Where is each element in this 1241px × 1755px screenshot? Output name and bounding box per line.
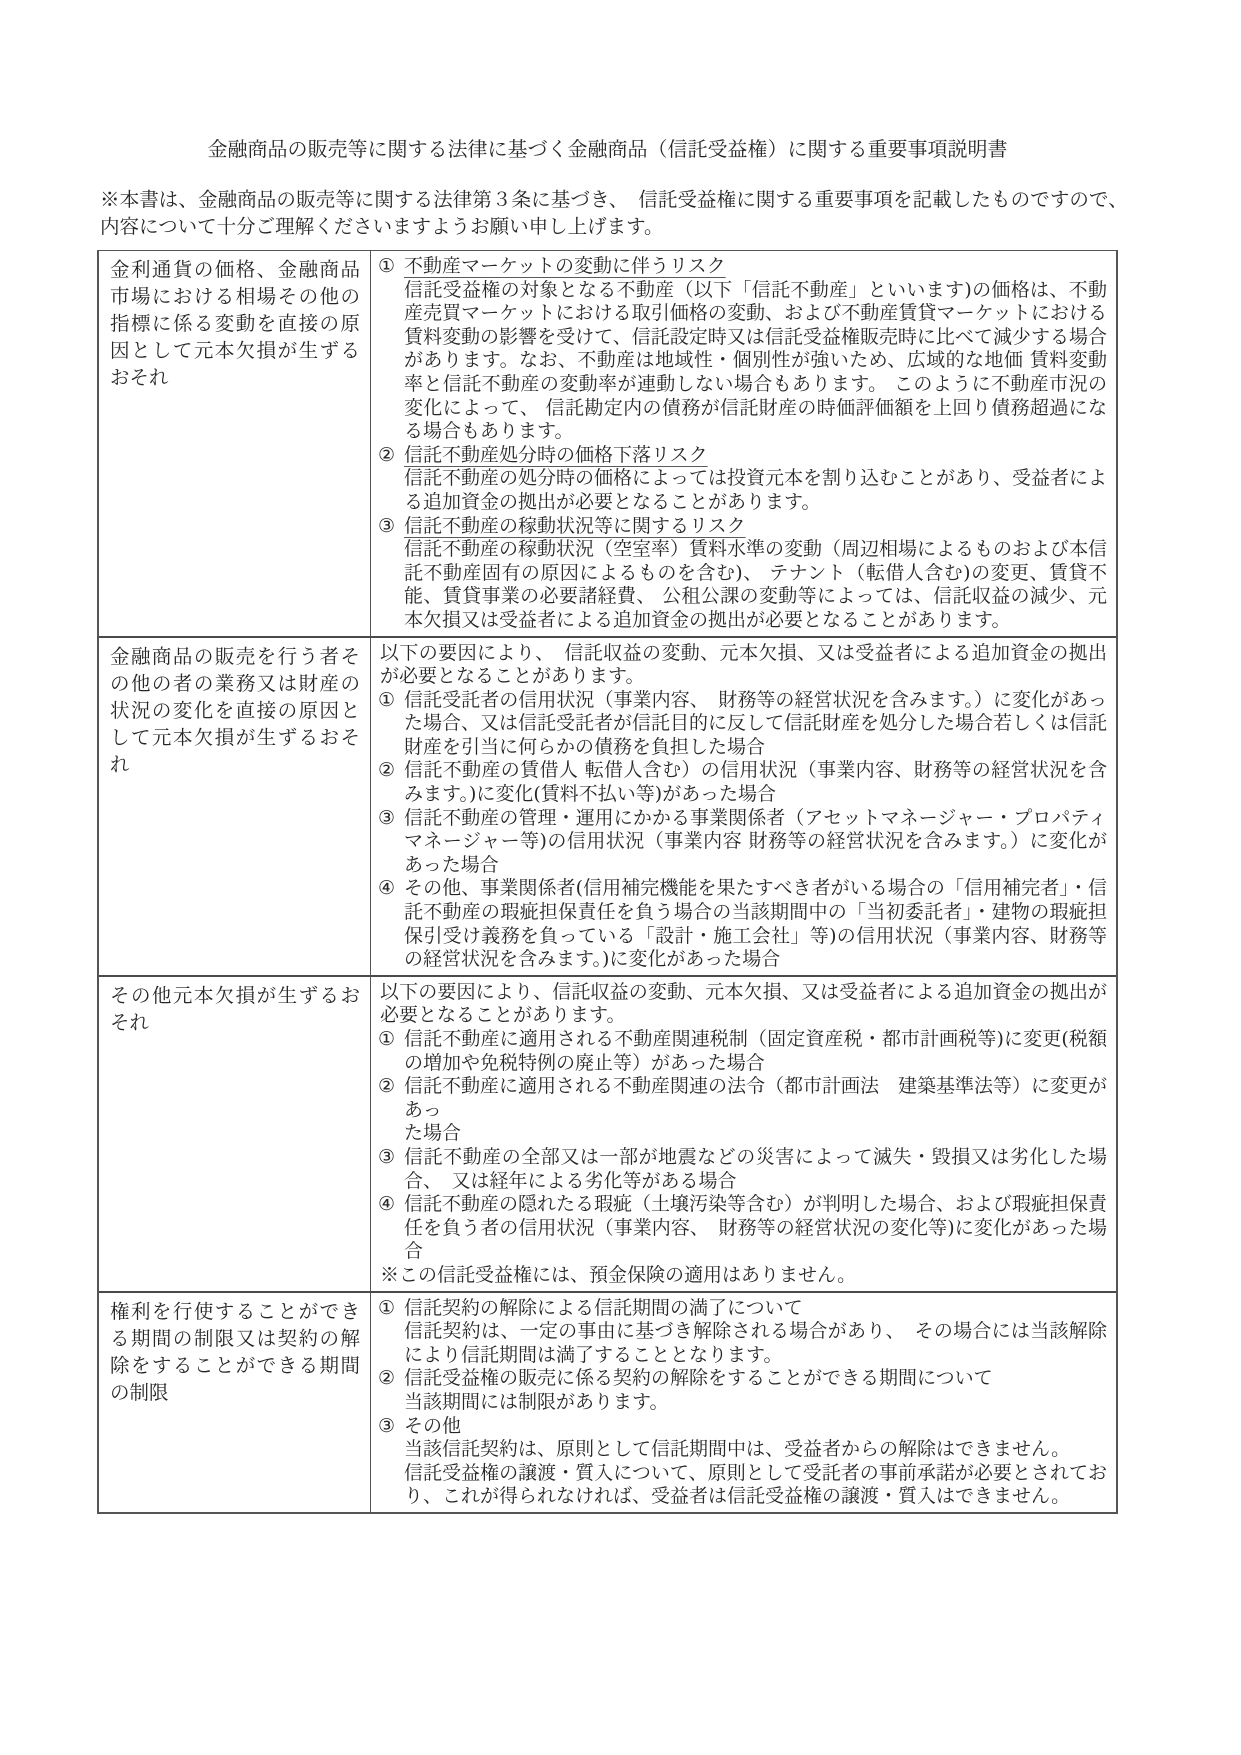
list-item: ③ 信託不動産の稼動状況等に関するリスク 信託不動産の稼動状況（空室率）賃料水準…	[374, 515, 1107, 633]
item-number: ②	[374, 1367, 399, 1414]
item-title: 不動産マーケットの変動に伴うリスク	[404, 255, 1107, 279]
row-content-cell: 以下の要因により、信託収益の変動、元本欠損、又は受益者による追加資金の拠出が必要…	[371, 977, 1116, 1291]
item-content: 信託不動産処分時の価格下落リスク 信託不動産の処分時の価格によっては投資元本を割…	[404, 444, 1107, 515]
item-body: 信託受益権の対象となる不動産（以下「信託不動産」といいます)の価格は、不動産売買…	[404, 279, 1107, 444]
item-number: ③	[374, 807, 399, 878]
item-title: 信託受益権の販売に係る契約の解除をすることができる期間について	[404, 1367, 1107, 1391]
item-body: 信託不動産の稼動状況（空室率）賃料水準の変動（周辺相場によるものおよび本信託不動…	[404, 538, 1107, 632]
item-number: ③	[374, 515, 399, 633]
item-body: 信託不動産の全部又は一部が地震などの災害によって滅失・毀損又は劣化した場合、 又…	[404, 1146, 1107, 1193]
list-item: ④ 信託不動産の隠れたる瑕疵（土壌汚染等含む）が判明した場合、および瑕疵担保責任…	[374, 1193, 1107, 1264]
item-title: その他	[404, 1415, 1107, 1439]
list-item: ② 信託受益権の販売に係る契約の解除をすることができる期間について 当該期間には…	[374, 1367, 1107, 1414]
item-body: 信託契約は、一定の事由に基づき解除される場合があり、 その場合には当該解除により…	[404, 1320, 1107, 1367]
item-title: 信託不動産の稼動状況等に関するリスク	[404, 515, 1107, 539]
risk-table: 金利通貨の価格、金融商品市場における相場その他の指標に係る変動を直接の原因として…	[97, 250, 1118, 1514]
item-number: ①	[374, 1297, 399, 1368]
list-item: ① 信託契約の解除による信託期間の満了について 信託契約は、一定の事由に基づき解…	[374, 1297, 1107, 1368]
item-body: 信託受託者の信用状況（事業内容、 財務等の経営状況を含みます。）に変化があった場…	[404, 689, 1107, 760]
list-item: ③ 信託不動産の全部又は一部が地震などの災害によって滅失・毀損又は劣化した場合、…	[374, 1146, 1107, 1193]
item-body: 当該期間には制限があります。	[404, 1391, 1107, 1415]
item-content: 不動産マーケットの変動に伴うリスク 信託受益権の対象となる不動産（以下「信託不動…	[404, 255, 1107, 444]
item-number: ④	[374, 877, 399, 971]
item-number: ④	[374, 1193, 399, 1264]
item-title: 信託不動産処分時の価格下落リスク	[404, 444, 1107, 468]
item-number: ①	[374, 255, 399, 444]
list-item: ③ 信託不動産の管理・運用にかかる事業関係者（アセットマネージャー・プロパティマ…	[374, 807, 1107, 878]
item-number: ③	[374, 1146, 399, 1193]
table-row: 金融商品の販売を行う者その他の者の業務又は財産の状況の変化を直接の原因として元本…	[99, 636, 1116, 975]
row-content-cell: ① 信託契約の解除による信託期間の満了について 信託契約は、一定の事由に基づき解…	[371, 1293, 1116, 1512]
list-item: ① 信託不動産に適用される不動産関連税制（固定資産税・都市計画税等)に変更(税額…	[374, 1028, 1107, 1075]
item-number: ①	[374, 1028, 399, 1075]
table-row: その他元本欠損が生ずるおそれ 以下の要因により、信託収益の変動、元本欠損、又は受…	[99, 975, 1116, 1291]
item-number: ②	[374, 1075, 399, 1146]
table-row: 権利を行使することができる期間の制限又は契約の解除をすることができる期間の制限 …	[99, 1291, 1116, 1512]
item-body: 当該信託契約は、原則として信託期間中は、受益者からの解除はできません。 信託受益…	[404, 1438, 1107, 1509]
table-row: 金利通貨の価格、金融商品市場における相場その他の指標に係る変動を直接の原因として…	[99, 251, 1116, 636]
row-header-cell: 権利を行使することができる期間の制限又は契約の解除をすることができる期間の制限	[99, 1293, 371, 1512]
item-number: ②	[374, 444, 399, 515]
item-body: 信託不動産の処分時の価格によっては投資元本を割り込むことがあり、受益者による追加…	[404, 467, 1107, 514]
row-content-cell: ① 不動産マーケットの変動に伴うリスク 信託受益権の対象となる不動産（以下「信託…	[371, 251, 1116, 636]
list-item: ④ その他、事業関係者(信用補完機能を果たすべき者がいる場合の「信用補完者」・信…	[374, 877, 1107, 971]
item-content: その他 当該信託契約は、原則として信託期間中は、受益者からの解除はできません。 …	[404, 1415, 1107, 1509]
item-number: ③	[374, 1415, 399, 1509]
item-body: 信託不動産に適用される不動産関連の法令（都市計画法 建築基準法等）に変更があっ …	[404, 1075, 1107, 1146]
item-content: 信託受益権の販売に係る契約の解除をすることができる期間について 当該期間には制限…	[404, 1367, 1107, 1414]
list-item: ① 信託受託者の信用状況（事業内容、 財務等の経営状況を含みます。）に変化があっ…	[374, 689, 1107, 760]
item-body: 信託不動産の隠れたる瑕疵（土壌汚染等含む）が判明した場合、および瑕疵担保責任を負…	[404, 1193, 1107, 1264]
list-item: ② 信託不動産の賃借人 転借人含む）の信用状況（事業内容、財務等の経営状況を含み…	[374, 759, 1107, 806]
item-body: 信託不動産に適用される不動産関連税制（固定資産税・都市計画税等)に変更(税額の増…	[404, 1028, 1107, 1075]
item-body: その他、事業関係者(信用補完機能を果たすべき者がいる場合の「信用補完者」・信託不…	[404, 877, 1107, 971]
intro-paragraph: ※本書は、金融商品の販売等に関する法律第３条に基づき、 信託受益権に関する重要事…	[100, 186, 1118, 240]
document-page: 金融商品の販売等に関する法律に基づく金融商品（信託受益権）に関する重要事項説明書…	[97, 136, 1118, 1514]
item-number: ②	[374, 759, 399, 806]
cell-intro: 以下の要因により、信託収益の変動、元本欠損、又は受益者による追加資金の拠出が必要…	[380, 981, 1107, 1028]
item-content: 信託契約の解除による信託期間の満了について 信託契約は、一定の事由に基づき解除さ…	[404, 1297, 1107, 1368]
row-header-cell: 金利通貨の価格、金融商品市場における相場その他の指標に係る変動を直接の原因として…	[99, 251, 371, 636]
list-item: ② 信託不動産に適用される不動産関連の法令（都市計画法 建築基準法等）に変更があ…	[374, 1075, 1107, 1146]
item-number: ①	[374, 689, 399, 760]
list-item: ③ その他 当該信託契約は、原則として信託期間中は、受益者からの解除はできません…	[374, 1415, 1107, 1509]
item-body: 信託不動産の管理・運用にかかる事業関係者（アセットマネージャー・プロパティマネー…	[404, 807, 1107, 878]
row-content-cell: 以下の要因により、 信託収益の変動、元本欠損、又は受益者による追加資金の拠出が必…	[371, 638, 1116, 975]
cell-note: ※この信託受益権には、預金保険の適用はありません。	[380, 1264, 1107, 1288]
list-item: ② 信託不動産処分時の価格下落リスク 信託不動産の処分時の価格によっては投資元本…	[374, 444, 1107, 515]
list-item: ① 不動産マーケットの変動に伴うリスク 信託受益権の対象となる不動産（以下「信託…	[374, 255, 1107, 444]
row-header-cell: その他元本欠損が生ずるおそれ	[99, 977, 371, 1291]
row-header-cell: 金融商品の販売を行う者その他の者の業務又は財産の状況の変化を直接の原因として元本…	[99, 638, 371, 975]
item-content: 信託不動産の稼動状況等に関するリスク 信託不動産の稼動状況（空室率）賃料水準の変…	[404, 515, 1107, 633]
document-title: 金融商品の販売等に関する法律に基づく金融商品（信託受益権）に関する重要事項説明書	[97, 136, 1118, 162]
item-body: 信託不動産の賃借人 転借人含む）の信用状況（事業内容、財務等の経営状況を含みます…	[404, 759, 1107, 806]
item-title: 信託契約の解除による信託期間の満了について	[404, 1297, 1107, 1321]
cell-intro: 以下の要因により、 信託収益の変動、元本欠損、又は受益者による追加資金の拠出が必…	[380, 642, 1107, 689]
